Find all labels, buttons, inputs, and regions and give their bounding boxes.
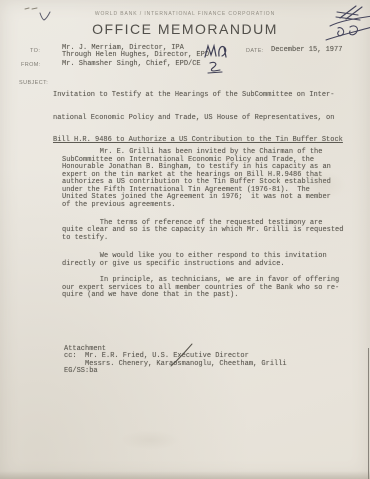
letterhead-org-name: WORLD BANK / INTERNATIONAL FINANCE CORPO… (0, 11, 370, 17)
subject-line-2: national Economic Policy and Trade, US H… (53, 115, 343, 122)
memo-title: OFFICE MEMORANDUM (0, 21, 370, 37)
handwritten-filing-mark-icon (322, 2, 370, 46)
to-value: Mr. J. Merriam, Director, IPA Through He… (62, 45, 209, 60)
subject-line-3: Bill H.R. 9486 to Authorize a US Contrib… (53, 137, 343, 144)
subject-value: Invitation to Testify at the Hearings of… (53, 78, 343, 159)
cc-slash-mark-icon (168, 342, 196, 368)
scan-edge-line (368, 348, 369, 479)
to-label: TO: (30, 48, 40, 54)
date-value: December 15, 1977 (271, 47, 342, 54)
body-paragraph-3: We would like you to either respond to t… (62, 253, 362, 268)
paper-stain (120, 430, 180, 450)
handwritten-check-icon (38, 10, 52, 22)
from-value: Mr. Shamsher Singh, Chief, EPD/CE (62, 61, 201, 68)
from-label: FROM: (21, 62, 41, 68)
scan-bottom-shadow (0, 471, 370, 479)
subject-line-1: Invitation to Testify at the Hearings of… (53, 92, 343, 99)
handwritten-initials-epd-icon (203, 43, 229, 59)
handwritten-signature-squiggle-icon (206, 60, 224, 74)
subject-label: SUBJECT: (19, 80, 48, 86)
paper-stain (300, 170, 346, 200)
body-paragraph-4: In principle, as technicians, we are in … (62, 277, 362, 300)
date-label: DATE: (246, 48, 264, 54)
body-paragraph-2: The terms of reference of the requested … (62, 220, 362, 243)
memo-scan-page: WORLD BANK / INTERNATIONAL FINANCE CORPO… (0, 0, 370, 479)
